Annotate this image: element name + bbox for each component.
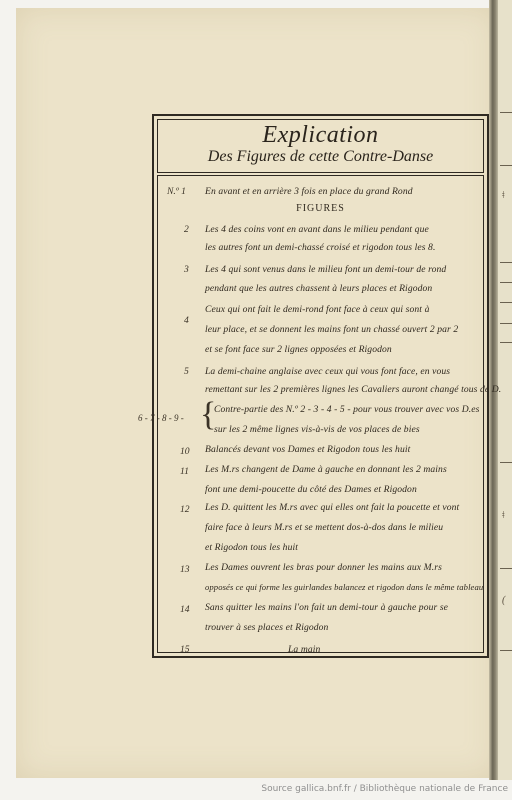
entry-line: et Rigodon tous les huit [205,542,298,553]
entry-number: 15 [180,644,190,655]
entry-line: Les M.rs changent de Dame à gauche en do… [205,464,447,475]
entry-line: Ceux qui ont fait le demi-rond font face… [205,304,429,315]
adjacent-page-figure: ǂ [502,510,505,521]
entry-number: 14 [180,604,190,615]
entry-line: leur place, et se donnent les mains font… [205,324,458,335]
adjacent-page-rule [500,165,512,166]
entry-line: La main [288,644,320,655]
adjacent-page-figure: ǂ [502,190,505,201]
entry-line: En avant et en arrière 3 fois en place d… [205,186,413,197]
entry-line: faire face à leurs M.rs et se mettent do… [205,522,443,533]
entry-line: Les D. quittent les M.rs avec qui elles … [205,502,459,513]
entry-line: Contre-partie des N.º 2 - 3 - 4 - 5 - po… [214,404,479,415]
entry-number: 6 - 7 - 8 - 9 - [138,413,184,423]
adjacent-page-rule [500,568,512,569]
entry-number: 5 [184,366,189,377]
adjacent-page-rule [500,112,512,113]
explanation-frame: Explication Des Figures de cette Contre-… [152,114,489,658]
entry-line: Les 4 qui sont venus dans le milieu font… [205,264,446,275]
entry-number: 11 [180,466,189,477]
adjacent-page-figure: ( [502,595,505,606]
entry-line: et se font face sur 2 lignes opposées et… [205,344,392,355]
entry-line: Les 4 des coins vont en avant dans le mi… [205,224,429,235]
entry-number: 13 [180,564,190,575]
entry-number: 2 [184,224,189,235]
figures-box: N.º 1 En avant et en arrière 3 fois en p… [157,175,484,653]
entry-line: Les Dames ouvrent les bras pour donner l… [205,562,442,573]
adjacent-page-rule [500,323,512,324]
adjacent-page-rule [500,302,512,303]
adjacent-page-rule [500,462,512,463]
adjacent-page-rule [500,262,512,263]
entry-line: font une demi-poucette du côté des Dames… [205,484,417,495]
source-attribution: Source gallica.bnf.fr / Bibliothèque nat… [261,784,508,794]
adjacent-page-rule [500,282,512,283]
entry-line: trouver à ses places et Rigodon [205,622,328,633]
adjacent-page-rule [500,342,512,343]
entry-number: 3 [184,264,189,275]
entry-line: pendant que les autres chassent à leurs … [205,283,432,294]
entry-line: La demi-chaine anglaise avec ceux qui vo… [205,366,450,377]
title-box: Explication Des Figures de cette Contre-… [157,119,484,173]
entry-line: opposés ce qui forme les guirlandes bala… [205,582,483,592]
entry-line: les autres font un demi-chassé croisé et… [205,242,435,253]
adjacent-page-rule [500,650,512,651]
entry-line: sur les 2 même lignes vis-à-vis de vos p… [214,424,420,435]
entry-number: 10 [180,446,190,457]
entry-line: Balancés devant vos Dames et Rigodon tou… [205,444,410,455]
entry-number: N.º 1 [167,186,186,197]
entry-line: Sans quitter les mains l'on fait un demi… [205,602,448,613]
entry-number: 12 [180,504,190,515]
entry-number: 4 [184,315,189,326]
document-subtitle: Des Figures de cette Contre-Danse [158,148,483,166]
document-title: Explication [158,123,483,147]
figures-heading: FIGURES [158,203,483,214]
entry-line: remettant sur les 2 premières lignes les… [205,384,501,395]
